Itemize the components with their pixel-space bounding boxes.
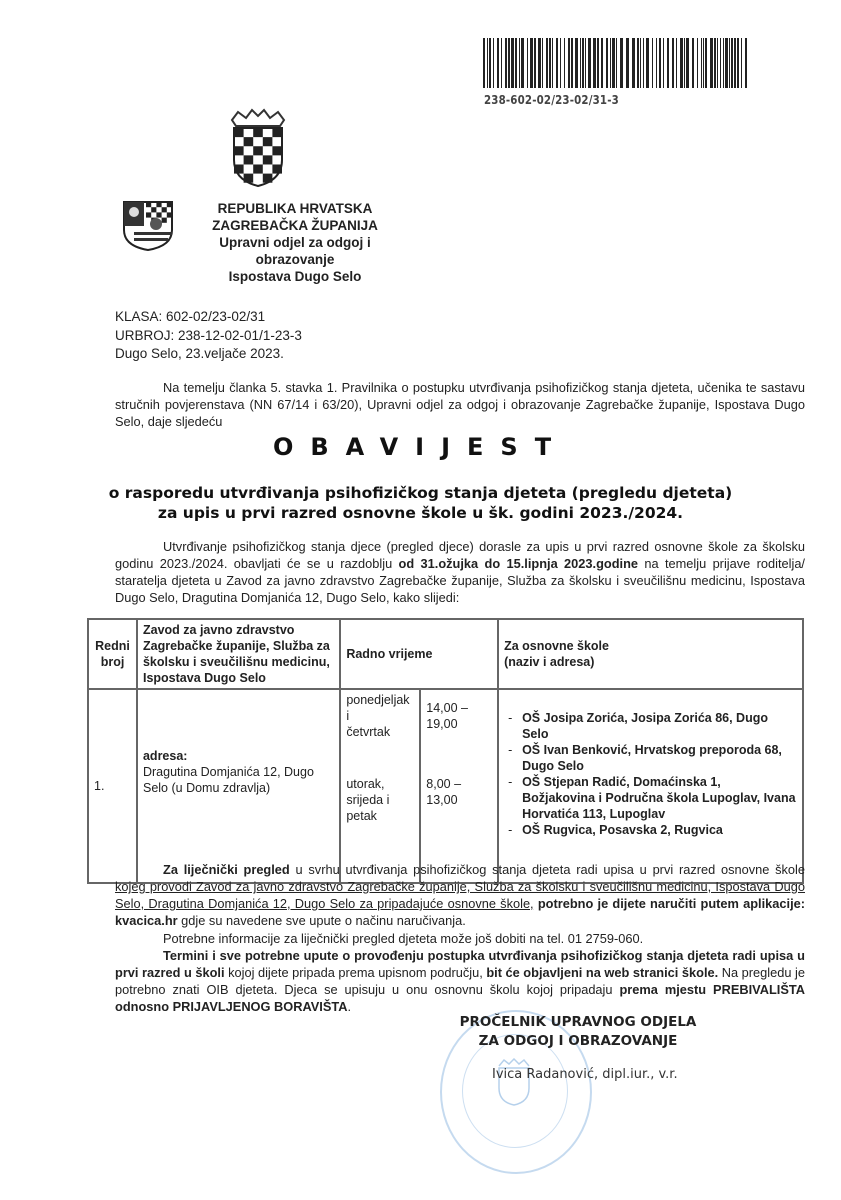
row-hours: 14,00 – 19,00 8,00 – 13,00 — [420, 689, 498, 883]
subtitle-line-1: o rasporedu utvrđivanja psihofizičkog st… — [0, 483, 841, 503]
place-date: Dugo Selo, 23.veljače 2023. — [115, 345, 302, 364]
table-header-row: Redni broj Zavod za javno zdravstvo Zagr… — [88, 619, 803, 689]
header-institution: Zavod za javno zdravstvo Zagrebačke župa… — [137, 619, 340, 689]
stamp-coat-of-arms-icon — [496, 1058, 532, 1106]
row-days: ponedjeljak i četvrtak utorak, srijeda i… — [340, 689, 420, 883]
document-title: OBAVIJEST — [0, 433, 841, 461]
barcode-number: 238-602-02/23-02/31-3 — [484, 92, 619, 107]
croatia-coat-of-arms-icon — [228, 108, 288, 188]
school-item: OŠ Stjepan Radić, Domaćinska 1, Božjakov… — [508, 774, 797, 822]
row-number: 1. — [88, 689, 137, 883]
table-row: 1. adresa: Dragutina Domjanića 12, Dugo … — [88, 689, 803, 883]
intro-paragraph: Na temelju članka 5. stavka 1. Pravilnik… — [115, 379, 805, 430]
header-county: ZAGREBAČKA ŽUPANIJA — [200, 217, 390, 234]
header-department-cont: obrazovanje — [200, 251, 390, 268]
row-address: adresa: Dragutina Domjanića 12, Dugo Sel… — [137, 689, 340, 883]
institution-header: REPUBLIKA HRVATSKA ZAGREBAČKA ŽUPANIJA U… — [200, 200, 390, 285]
header-ordinal: Redni broj — [88, 619, 137, 689]
signatory-title: PROČELNIK UPRAVNOG ODJELA ZA ODGOJ I OBR… — [448, 1013, 708, 1051]
row-schools: OŠ Josipa Zorića, Josipa Zorića 86, Dugo… — [498, 689, 803, 883]
header-department: Upravni odjel za odgoj i — [200, 234, 390, 251]
school-item: OŠ Josipa Zorića, Josipa Zorića 86, Dugo… — [508, 710, 797, 742]
header-republic: REPUBLIKA HRVATSKA — [200, 200, 390, 217]
signatory-name: Ivica Radanović, dipl.iur., v.r. — [492, 1067, 678, 1082]
zagreb-county-coat-of-arms-icon — [120, 196, 176, 252]
school-item: OŠ Rugvica, Posavska 2, Rugvica — [508, 822, 797, 838]
document-subtitle: o rasporedu utvrđivanja psihofizičkog st… — [0, 483, 841, 523]
schedule-paragraph: Utvrđivanje psihofizičkog stanja djece (… — [115, 538, 805, 606]
phone-paragraph: Potrebne informacije za liječnički pregl… — [115, 930, 805, 947]
urbroj: URBROJ: 238-12-02-01/1-23-3 — [115, 327, 302, 346]
document-meta: KLASA: 602-02/23-02/31 URBROJ: 238-12-02… — [115, 308, 302, 364]
school-list: OŠ Josipa Zorića, Josipa Zorića 86, Dugo… — [504, 710, 797, 838]
date-range: od 31.ožujka do 15.lipnja 2023.godine — [399, 556, 638, 571]
exam-paragraph: Za liječnički pregled u svrhu utvrđivanj… — [115, 861, 805, 929]
klasa: KLASA: 602-02/23-02/31 — [115, 308, 302, 327]
subtitle-line-2: za upis u prvi razred osnovne škole u šk… — [0, 503, 841, 523]
header-working-hours: Radno vrijeme — [340, 619, 498, 689]
school-item: OŠ Ivan Benković, Hrvatskog preporoda 68… — [508, 742, 797, 774]
barcode — [483, 38, 753, 88]
header-schools: Za osnovne škole (naziv i adresa) — [498, 619, 803, 689]
enrollment-paragraph: Termini i sve potrebne upute o provođenj… — [115, 947, 805, 1015]
schedule-table: Redni broj Zavod za javno zdravstvo Zagr… — [87, 618, 804, 884]
header-office: Ispostava Dugo Selo — [200, 268, 390, 285]
